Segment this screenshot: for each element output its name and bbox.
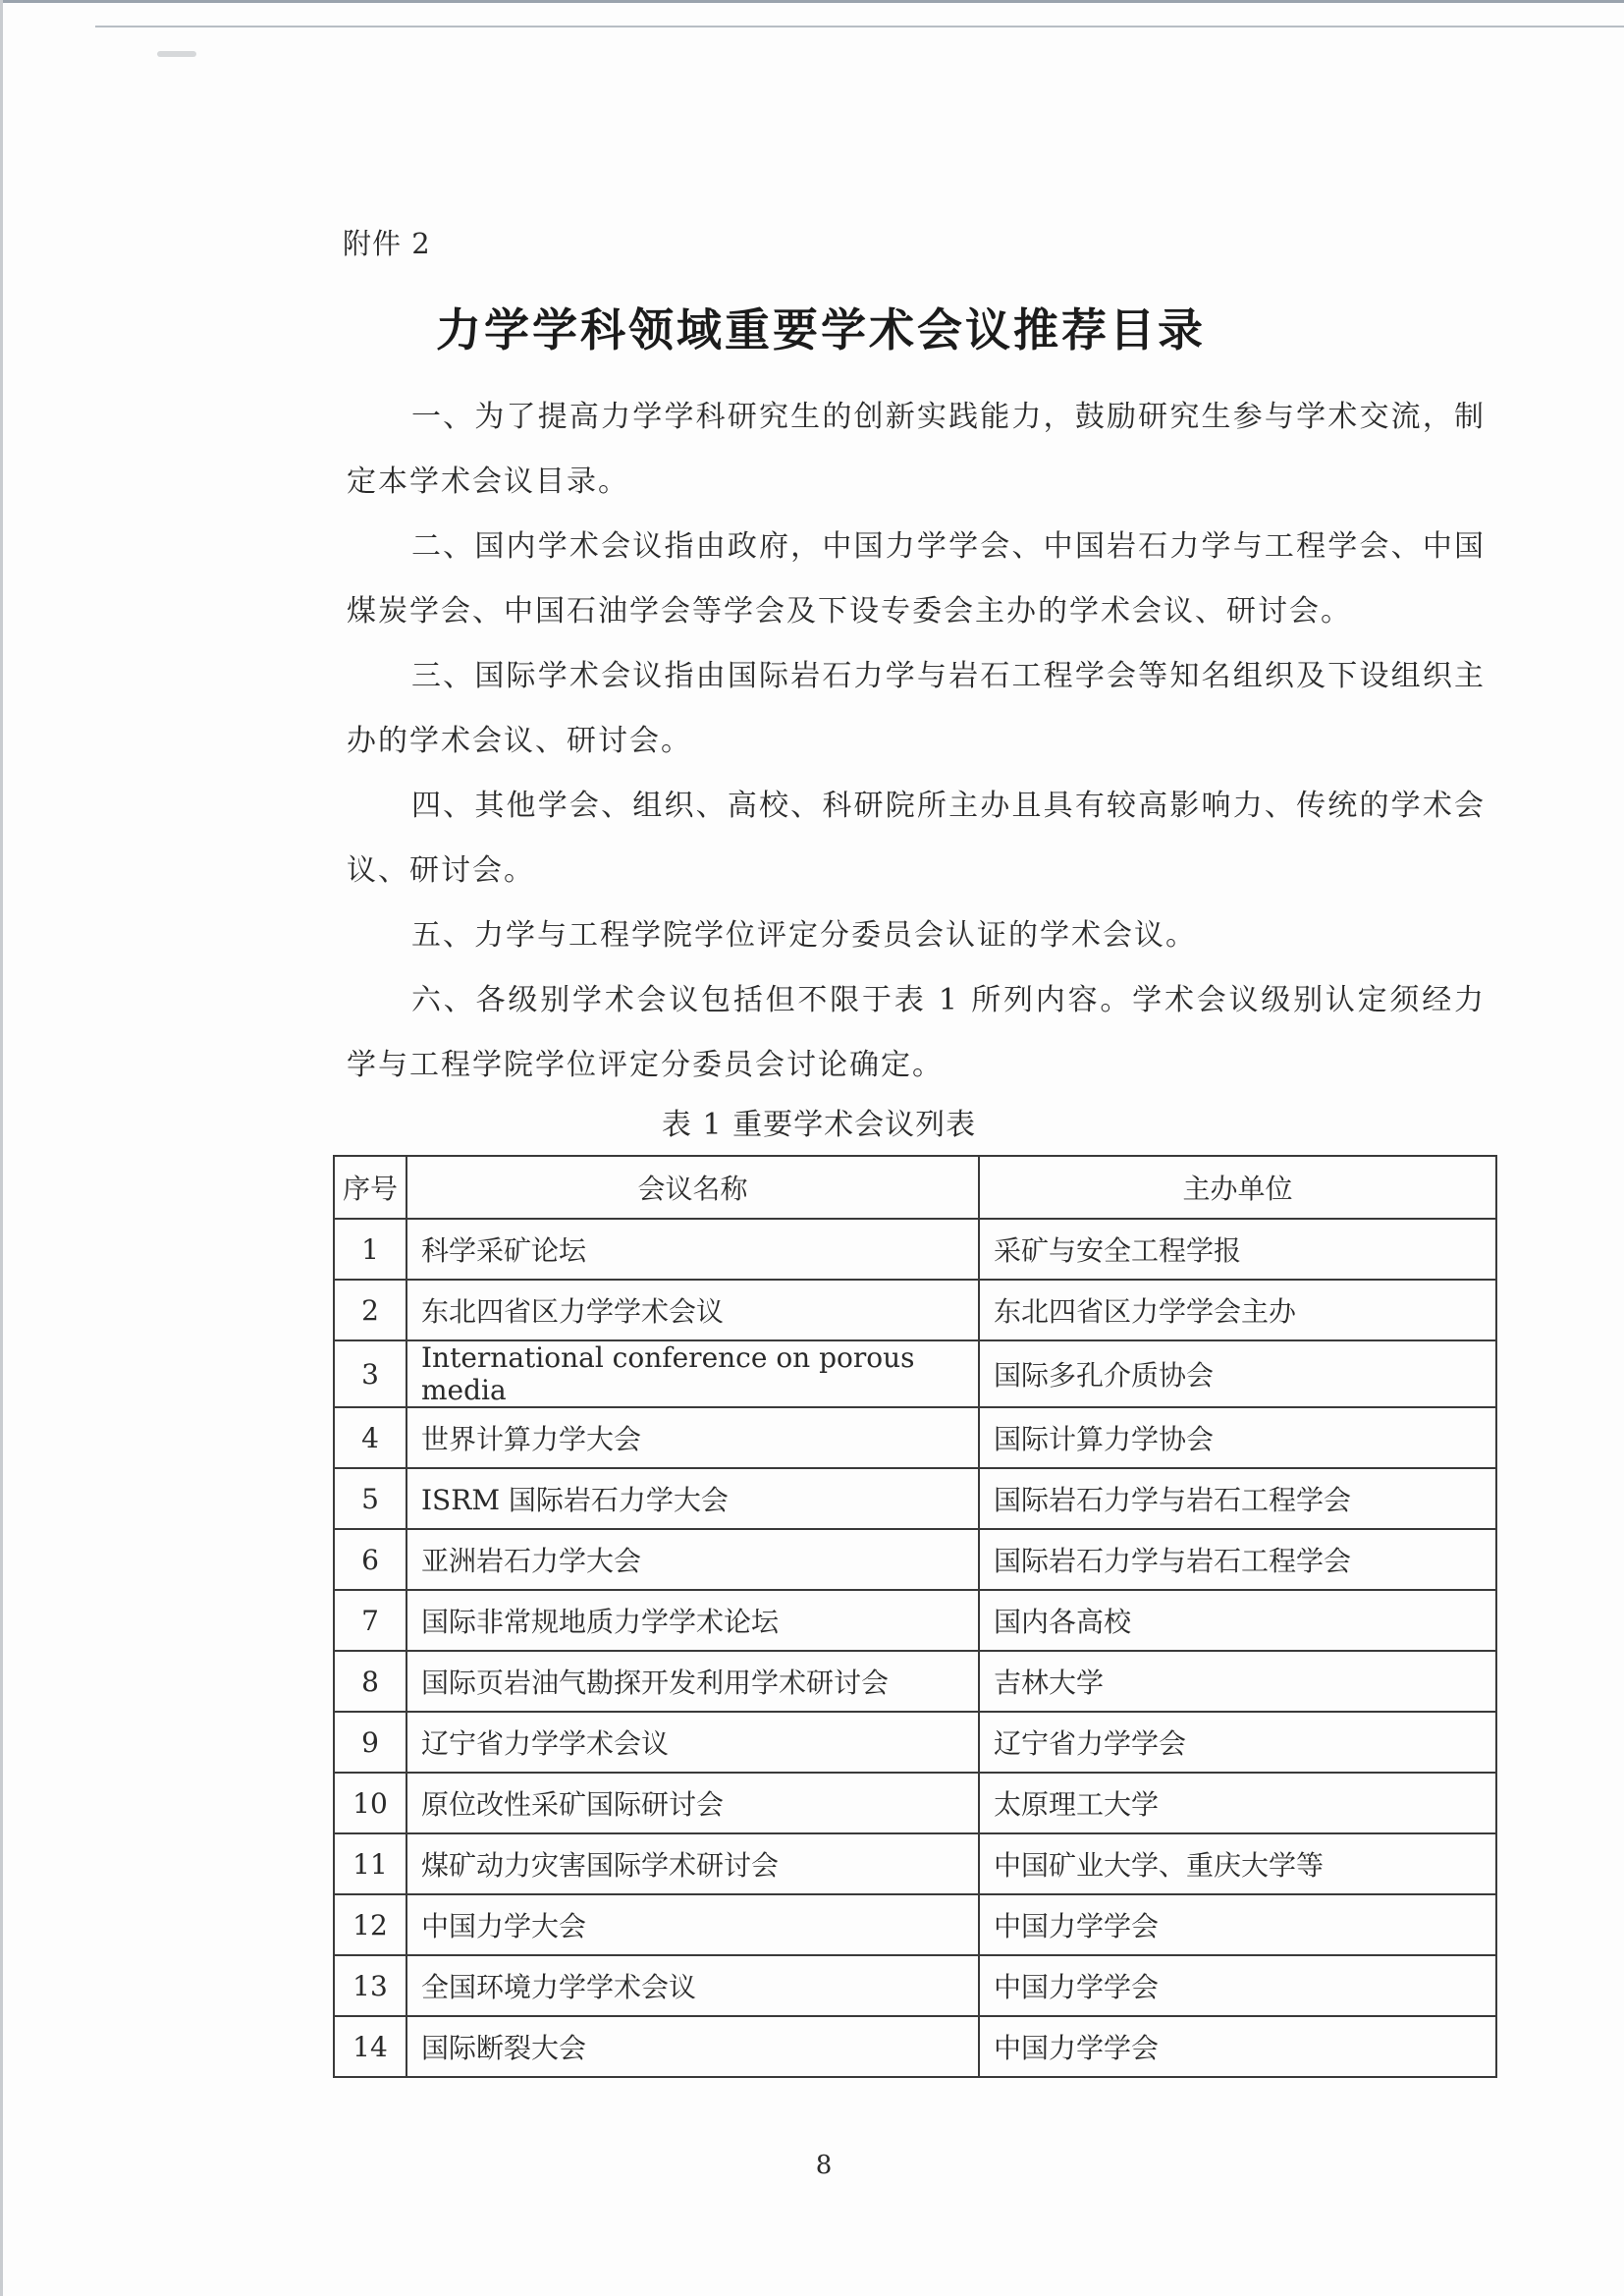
scan-artifact-line: [95, 26, 1624, 27]
table-row: 14国际断裂大会中国力学学会: [334, 2016, 1496, 2077]
conference-name: 亚洲岩石力学大会: [406, 1529, 979, 1590]
conference-table: 序号 会议名称 主办单位 1科学采矿论坛采矿与安全工程学报2东北四省区力学学术会…: [333, 1155, 1497, 2078]
table-row: 8国际页岩油气勘探开发利用学术研讨会吉林大学: [334, 1651, 1496, 1712]
attachment-label: 附件 2: [343, 222, 431, 262]
document-title: 力学学科领域重要学术会议推荐目录: [0, 295, 1624, 359]
table-row: 3International conference on porous medi…: [334, 1340, 1496, 1407]
organizer: 中国力学学会: [979, 1894, 1496, 1955]
conference-name: 煤矿动力灾害国际学术研讨会: [406, 1833, 979, 1894]
organizer: 中国矿业大学、重庆大学等: [979, 1833, 1496, 1894]
paragraph-3: 三、国际学术会议指由国际岩石力学与岩石工程学会等知名组织及下设组织主办的学术会议…: [347, 644, 1486, 774]
scan-edge-top: [0, 0, 1624, 3]
paragraph-1: 一、为了提高力学学科研究生的创新实践能力，鼓励研究生参与学术交流，制定本学术会议…: [347, 385, 1486, 515]
table-row: 2东北四省区力学学术会议东北四省区力学学会主办: [334, 1280, 1496, 1340]
organizer: 国内各高校: [979, 1590, 1496, 1651]
table-row: 7国际非常规地质力学学术论坛国内各高校: [334, 1590, 1496, 1651]
row-number: 2: [334, 1280, 406, 1340]
organizer: 采矿与安全工程学报: [979, 1219, 1496, 1280]
row-number: 5: [334, 1468, 406, 1529]
paragraph-2: 二、国内学术会议指由政府，中国力学学会、中国岩石力学与工程学会、中国煤炭学会、中…: [347, 515, 1486, 644]
organizer: 太原理工大学: [979, 1773, 1496, 1833]
organizer: 中国力学学会: [979, 2016, 1496, 2077]
conference-name: 全国环境力学学术会议: [406, 1955, 979, 2016]
conference-name: 辽宁省力学学术会议: [406, 1712, 979, 1773]
paragraph-4: 四、其他学会、组织、高校、科研院所主办且具有较高影响力、传统的学术会议、研讨会。: [347, 774, 1486, 903]
conference-name: 科学采矿论坛: [406, 1219, 979, 1280]
conference-name: International conference on porous media: [406, 1340, 979, 1407]
table-row: 12中国力学大会中国力学学会: [334, 1894, 1496, 1955]
organizer: 辽宁省力学学会: [979, 1712, 1496, 1773]
organizer: 国际岩石力学与岩石工程学会: [979, 1468, 1496, 1529]
conference-name: 国际断裂大会: [406, 2016, 979, 2077]
scan-artifact-speck: [157, 51, 196, 57]
organizer: 国际岩石力学与岩石工程学会: [979, 1529, 1496, 1590]
row-number: 13: [334, 1955, 406, 2016]
row-number: 10: [334, 1773, 406, 1833]
conference-name: 东北四省区力学学术会议: [406, 1280, 979, 1340]
table-row: 11煤矿动力灾害国际学术研讨会中国矿业大学、重庆大学等: [334, 1833, 1496, 1894]
row-number: 12: [334, 1894, 406, 1955]
table-caption: 表 1 重要学术会议列表: [0, 1100, 1624, 1143]
row-number: 1: [334, 1219, 406, 1280]
header-organizer: 主办单位: [979, 1156, 1496, 1219]
conference-name: 世界计算力学大会: [406, 1407, 979, 1468]
organizer: 国际多孔介质协会: [979, 1340, 1496, 1407]
row-number: 9: [334, 1712, 406, 1773]
table-header-row: 序号 会议名称 主办单位: [334, 1156, 1496, 1219]
row-number: 4: [334, 1407, 406, 1468]
table-row: 13全国环境力学学术会议中国力学学会: [334, 1955, 1496, 2016]
row-number: 11: [334, 1833, 406, 1894]
row-number: 6: [334, 1529, 406, 1590]
table-row: 9辽宁省力学学术会议辽宁省力学学会: [334, 1712, 1496, 1773]
conference-name: 中国力学大会: [406, 1894, 979, 1955]
header-conference-name: 会议名称: [406, 1156, 979, 1219]
organizer: 东北四省区力学学会主办: [979, 1280, 1496, 1340]
header-number: 序号: [334, 1156, 406, 1219]
organizer: 吉林大学: [979, 1651, 1496, 1712]
table-row: 4世界计算力学大会国际计算力学协会: [334, 1407, 1496, 1468]
row-number: 8: [334, 1651, 406, 1712]
conference-name: ISRM 国际岩石力学大会: [406, 1468, 979, 1529]
row-number: 3: [334, 1340, 406, 1407]
table-row: 6亚洲岩石力学大会国际岩石力学与岩石工程学会: [334, 1529, 1496, 1590]
table-row: 5ISRM 国际岩石力学大会国际岩石力学与岩石工程学会: [334, 1468, 1496, 1529]
conference-name: 国际页岩油气勘探开发利用学术研讨会: [406, 1651, 979, 1712]
paragraph-5: 五、力学与工程学院学位评定分委员会认证的学术会议。: [347, 903, 1486, 968]
table-row: 1科学采矿论坛采矿与安全工程学报: [334, 1219, 1496, 1280]
page-number: 8: [0, 2151, 1624, 2180]
conference-name: 国际非常规地质力学学术论坛: [406, 1590, 979, 1651]
row-number: 14: [334, 2016, 406, 2077]
conference-name: 原位改性采矿国际研讨会: [406, 1773, 979, 1833]
organizer: 国际计算力学协会: [979, 1407, 1496, 1468]
table-row: 10原位改性采矿国际研讨会太原理工大学: [334, 1773, 1496, 1833]
row-number: 7: [334, 1590, 406, 1651]
organizer: 中国力学学会: [979, 1955, 1496, 2016]
paragraph-6: 六、各级别学术会议包括但不限于表 1 所列内容。学术会议级别认定须经力学与工程学…: [347, 968, 1486, 1098]
